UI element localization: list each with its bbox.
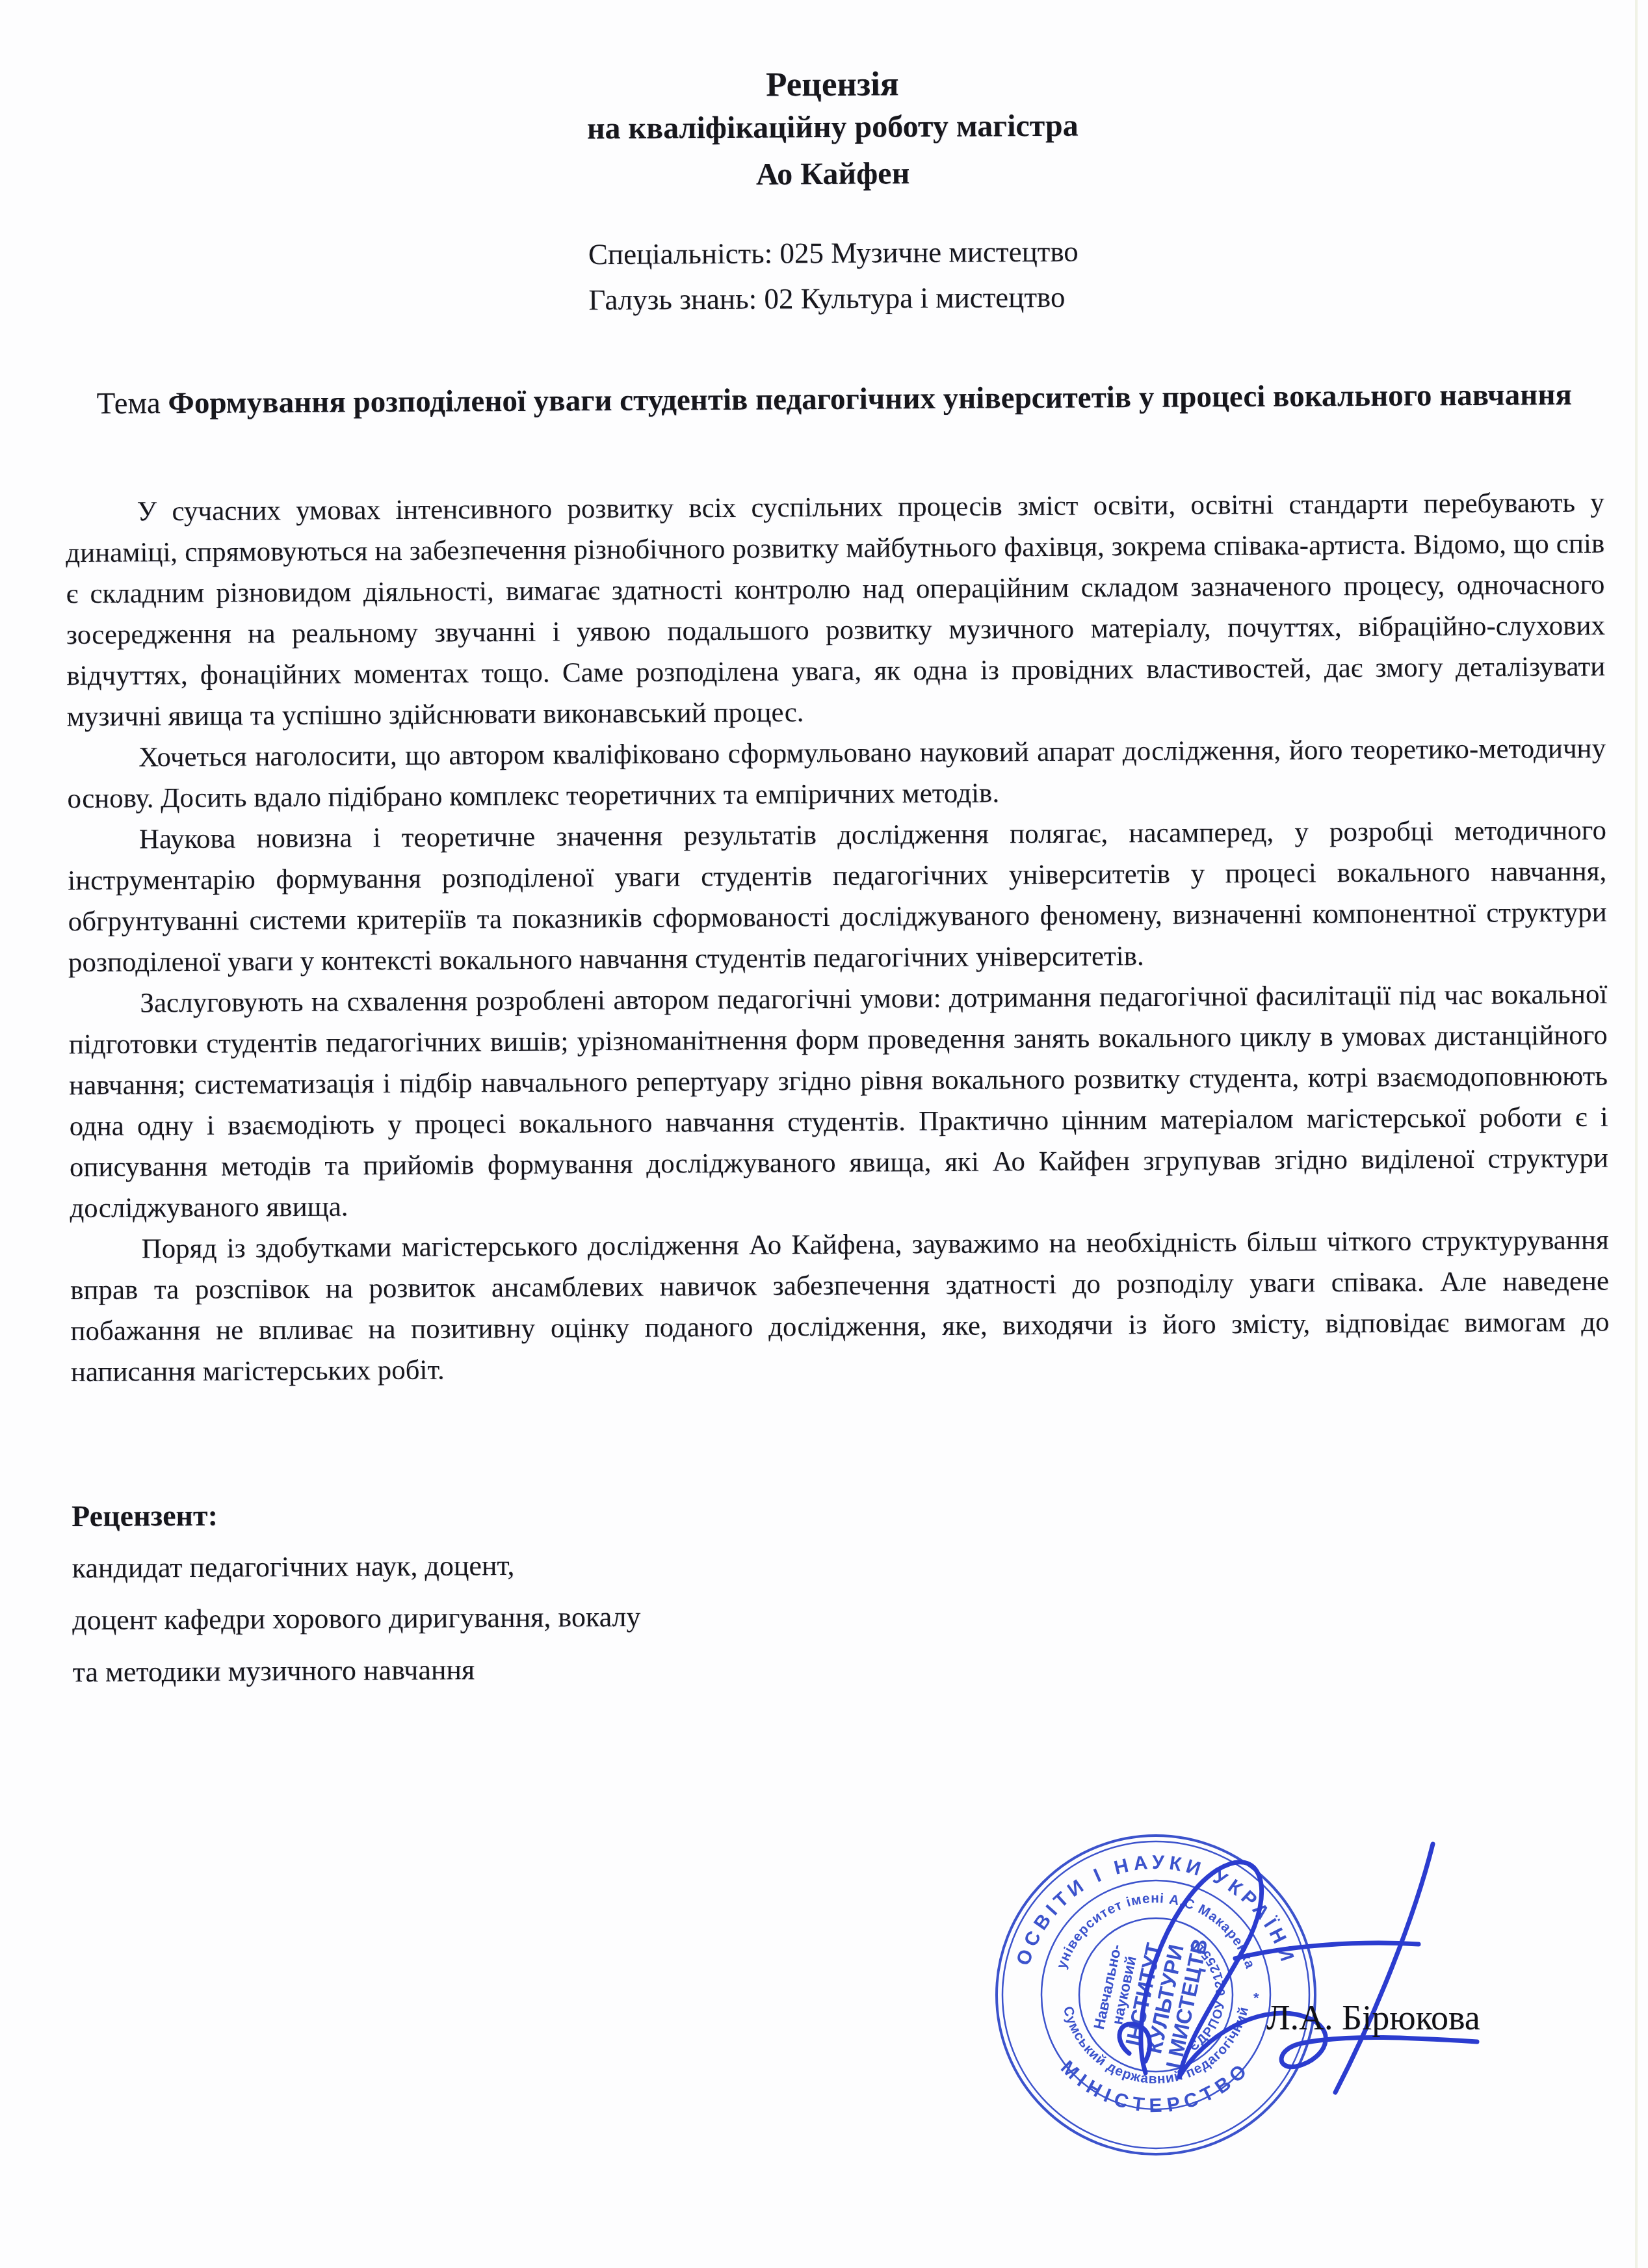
paragraph: Поряд із здобутками магістерського дослі… [70, 1220, 1610, 1393]
reviewer-signature-name: Л.А. Бірюкова [1266, 1998, 1480, 2038]
body-paragraphs: У сучасних умовах інтенсивного розвитку … [66, 482, 1610, 1393]
document-content: Рецензія на кваліфікаційну роботу магіст… [0, 0, 1648, 1699]
paragraph: Заслуговують на схвалення розроблені авт… [68, 974, 1608, 1229]
theme-label: Тема [96, 386, 160, 421]
reviewer-credentials: кандидат педагогічних наук, доцент,доцен… [72, 1533, 1611, 1698]
paragraph: Наукова новизна і теоретичне значення ре… [68, 810, 1607, 983]
document-page: Рецензія на кваліфікаційну роботу магіст… [0, 0, 1648, 2268]
theme-text: Формування розподіленої уваги студентів … [168, 378, 1572, 420]
paragraph: У сучасних умовах інтенсивного розвитку … [66, 482, 1606, 737]
reviewer-block: Рецензент: кандидат педагогічних наук, д… [72, 1481, 1612, 1698]
reviewer-credential-line: та методики музичного навчання [72, 1637, 1611, 1698]
paragraph: Хочеться наголосити, що автором кваліфік… [67, 728, 1606, 819]
thesis-theme: Тема Формування розподіленої уваги студе… [65, 369, 1604, 430]
signature-handwriting-icon [1067, 1819, 1536, 2099]
specialty-line: Спеціальність: 025 Музичне мистецтво [588, 229, 1079, 278]
field-line: Галузь знань: 02 Культура і мистецтво [588, 274, 1079, 323]
signature-stroke [1235, 1943, 1419, 1958]
reviewer-credential-line: доцент кафедри хорового диригування, вок… [72, 1585, 1611, 1646]
reviewer-label: Рецензент: [72, 1481, 1610, 1542]
signature-stroke [1335, 1844, 1433, 2092]
reviewer-credential-line: кандидат педагогічних наук, доцент, [72, 1533, 1610, 1594]
signature-stroke [1119, 2024, 1150, 2061]
author-name: Ао Кайфен [63, 146, 1602, 202]
specialty-block: Спеціальність: 025 Музичне мистецтво Гал… [64, 226, 1603, 326]
signature-stroke [1141, 1862, 1262, 2077]
